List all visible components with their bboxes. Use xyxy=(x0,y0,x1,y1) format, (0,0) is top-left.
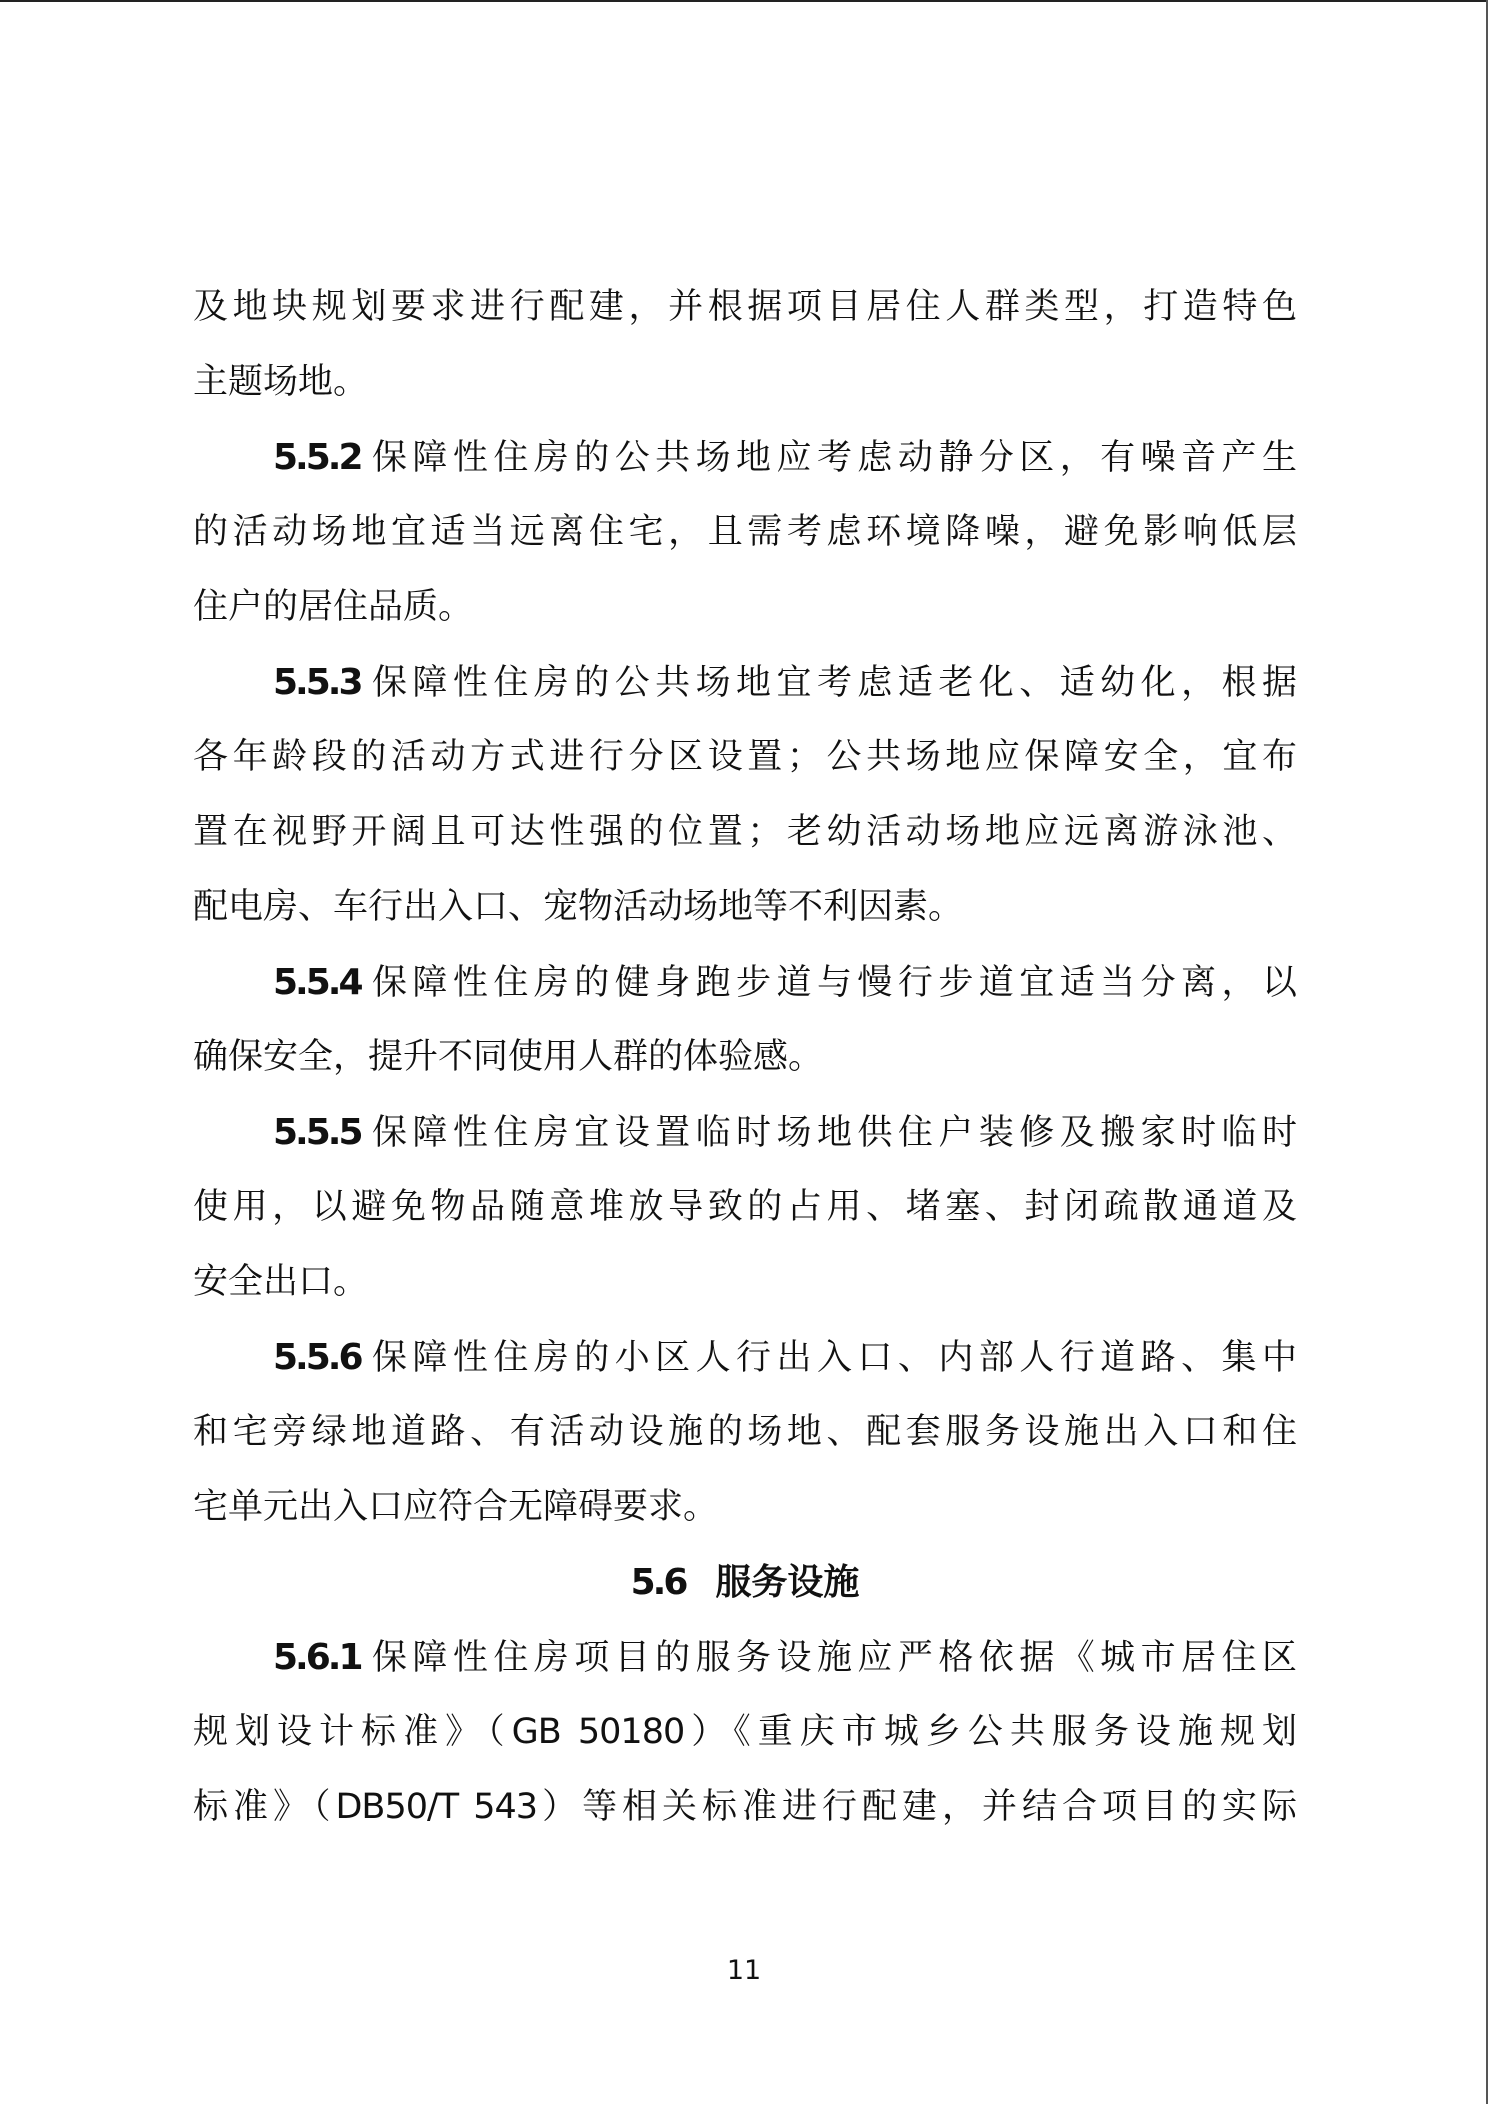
text-line: 的活动场地宜适当远离住宅，且需考虑环境降噪，避免影响低层 xyxy=(193,495,1297,570)
text-line: 及地块规划要求进行配建，并根据项目居住人群类型，打造特色 xyxy=(193,270,1297,345)
text-line: 各年龄段的活动方式进行分区设置；公共场地应保障安全，宜布 xyxy=(193,720,1297,795)
clause-5-6-1: 5.6.1保障性住房项目的服务设施应严格依据《城市居住区 规划设计标准》（GB … xyxy=(193,1620,1297,1845)
text-line: 和宅旁绿地道路、有活动设施的场地、配套服务设施出入口和住 xyxy=(193,1395,1297,1470)
text-line: 使用，以避免物品随意堆放导致的占用、堵塞、封闭疏散通道及 xyxy=(193,1170,1297,1245)
clause-text: 规划设计标准》（ xyxy=(193,1712,512,1752)
standard-code: GB 50180 xyxy=(512,1712,685,1752)
clause-text: 保障性住房的小区人行出入口、内部人行道路、集中 xyxy=(367,1338,1298,1378)
clause-text: 标准》（ xyxy=(193,1787,335,1827)
clause-text: 保障性住房的公共场地应考虑动静分区，有噪音产生 xyxy=(367,438,1298,478)
text-line: 规划设计标准》（GB 50180）《重庆市城乡公共服务设施规划 xyxy=(193,1695,1297,1770)
text-line: 置在视野开阔且可达性强的位置；老幼活动场地应远离游泳池、 xyxy=(193,795,1297,870)
section-heading: 5.6服务设施 xyxy=(193,1545,1297,1620)
standard-code: DB50/T 543 xyxy=(335,1787,537,1827)
clause-text: ）等相关标准进行配建，并结合项目的实际 xyxy=(537,1787,1297,1827)
page-top-border xyxy=(0,0,1488,2)
clause-5-5-5: 5.5.5保障性住房宜设置临时场地供住户装修及搬家时临时 使用，以避免物品随意堆… xyxy=(193,1095,1297,1320)
clause-number: 5.5.4 xyxy=(273,962,361,1003)
text-line: 主题场地。 xyxy=(193,345,1297,420)
clause-5-5-3: 5.5.3保障性住房的公共场地宜考虑适老化、适幼化，根据 各年龄段的活动方式进行… xyxy=(193,645,1297,945)
text-line: 5.6.1保障性住房项目的服务设施应严格依据《城市居住区 xyxy=(193,1620,1297,1695)
clause-5-5-4: 5.5.4保障性住房的健身跑步道与慢行步道宜适当分离，以 确保安全，提升不同使用… xyxy=(193,945,1297,1095)
clause-number: 5.5.5 xyxy=(273,1112,361,1153)
text-line: 安全出口。 xyxy=(193,1245,1297,1320)
text-line: 确保安全，提升不同使用人群的体验感。 xyxy=(193,1020,1297,1095)
clause-5-5-6: 5.5.6保障性住房的小区人行出入口、内部人行道路、集中 和宅旁绿地道路、有活动… xyxy=(193,1320,1297,1545)
clause-number: 5.6.1 xyxy=(273,1637,361,1678)
text-line: 标准》（DB50/T 543）等相关标准进行配建，并结合项目的实际 xyxy=(193,1770,1297,1845)
text-line: 5.5.5保障性住房宜设置临时场地供住户装修及搬家时临时 xyxy=(193,1095,1297,1170)
text-line: 宅单元出入口应符合无障碍要求。 xyxy=(193,1470,1297,1545)
text-line: 配电房、车行出入口、宠物活动场地等不利因素。 xyxy=(193,870,1297,945)
text-line: 住户的居住品质。 xyxy=(193,570,1297,645)
text-line: 5.5.3保障性住房的公共场地宜考虑适老化、适幼化，根据 xyxy=(193,645,1297,720)
clause-5-5-2: 5.5.2保障性住房的公共场地应考虑动静分区，有噪音产生 的活动场地宜适当远离住… xyxy=(193,420,1297,645)
text-line: 5.5.2保障性住房的公共场地应考虑动静分区，有噪音产生 xyxy=(193,420,1297,495)
text-line: 5.5.4保障性住房的健身跑步道与慢行步道宜适当分离，以 xyxy=(193,945,1297,1020)
clause-text: 保障性住房宜设置临时场地供住户装修及搬家时临时 xyxy=(367,1113,1298,1153)
text-line: 5.5.6保障性住房的小区人行出入口、内部人行道路、集中 xyxy=(193,1320,1297,1395)
clause-number: 5.5.3 xyxy=(273,662,361,703)
clause-number: 5.5.6 xyxy=(273,1337,361,1378)
section-title: 服务设施 xyxy=(715,1562,859,1603)
clause-text: ）《重庆市城乡公共服务设施规划 xyxy=(684,1712,1297,1752)
paragraph-continuation: 及地块规划要求进行配建，并根据项目居住人群类型，打造特色 主题场地。 xyxy=(193,270,1297,420)
clause-number: 5.5.2 xyxy=(273,437,361,478)
clause-text: 保障性住房的公共场地宜考虑适老化、适幼化，根据 xyxy=(367,663,1298,703)
page-number: 11 xyxy=(0,1955,1488,1986)
clause-text: 保障性住房的健身跑步道与慢行步道宜适当分离，以 xyxy=(367,963,1298,1003)
document-body: 及地块规划要求进行配建，并根据项目居住人群类型，打造特色 主题场地。 5.5.2… xyxy=(193,270,1297,1845)
clause-text: 保障性住房项目的服务设施应严格依据《城市居住区 xyxy=(367,1638,1298,1678)
section-number: 5.6 xyxy=(631,1562,686,1603)
